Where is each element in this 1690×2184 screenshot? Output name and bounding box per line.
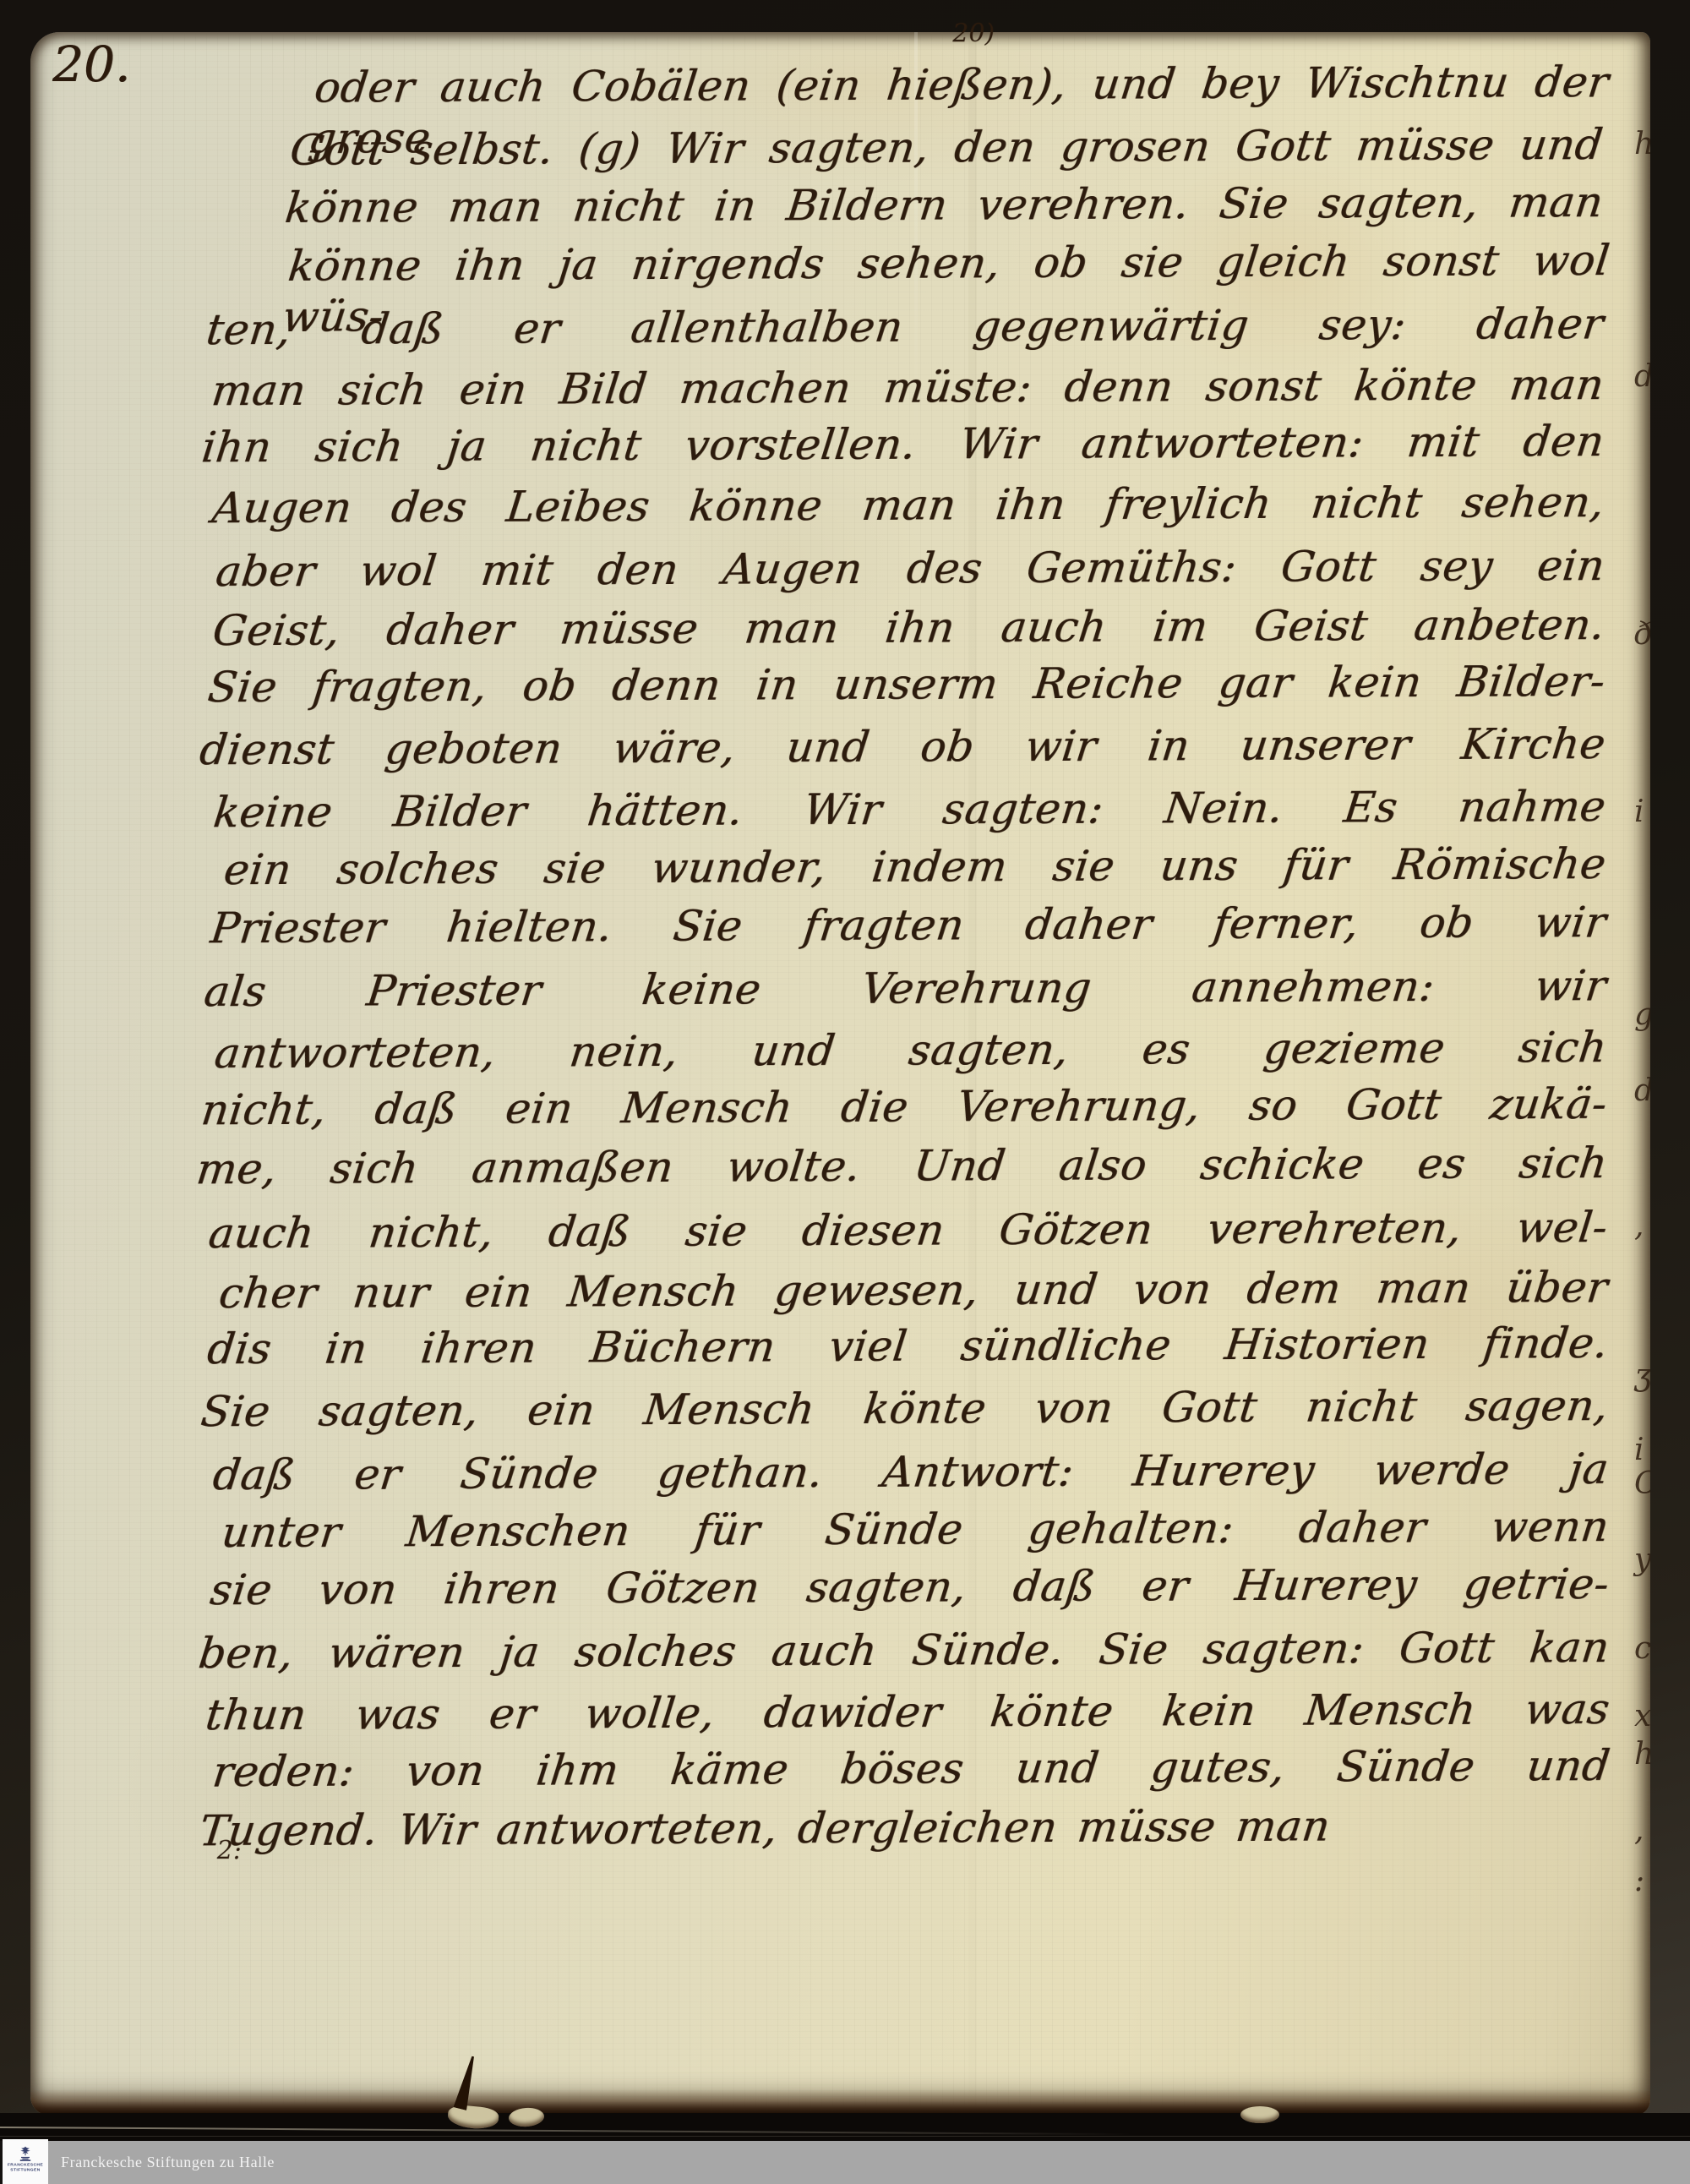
margin-ink-fragment: y	[1634, 1542, 1650, 1577]
scan-scratch-line	[0, 2136, 1690, 2137]
margin-ink-fragment: g	[1634, 997, 1650, 1032]
logo-caption-line: FRANCKESCHE	[8, 2162, 43, 2167]
footer-label: Franckesche Stiftungen zu Halle	[61, 2141, 275, 2184]
franckesche-stiftungen-logo-icon	[16, 2145, 35, 2162]
paper-edge-bump	[1240, 2106, 1279, 2123]
logo-caption-line: STIFTUNGEN	[8, 2167, 43, 2172]
margin-ink-fragment: d	[1634, 1073, 1650, 1108]
margin-ink-fragment: ʒ	[1634, 1358, 1650, 1393]
margin-ink-fragment: ð	[1634, 617, 1650, 652]
margin-ink-fragment: d	[1634, 359, 1650, 394]
margin-ink-fragment: h	[1634, 127, 1650, 161]
logo-caption: FRANCKESCHE STIFTUNGEN	[8, 2162, 43, 2172]
scan-background: 20. oder auch Cobälen (ein hießen), und …	[0, 0, 1690, 2184]
margin-ink-fragment: :	[1634, 1864, 1644, 1898]
logo-box: FRANCKESCHE STIFTUNGEN	[3, 2139, 48, 2184]
margin-ink-fragment: x	[1634, 1699, 1650, 1734]
margin-ink-fragment: ,	[1634, 1813, 1644, 1848]
margin-ink-fragment: c	[1634, 1631, 1650, 1666]
margin-ink-fragment: h	[1634, 1737, 1650, 1772]
margin-marks: hdðigd,ʒiCycxh,:	[0, 0, 1650, 2184]
margin-ink-fragment: i	[1634, 794, 1644, 829]
margin-ink-fragment: ,	[1634, 1209, 1644, 1243]
margin-ink-fragment: C	[1634, 1466, 1650, 1501]
margin-ink-fragment: i	[1634, 1433, 1644, 1467]
